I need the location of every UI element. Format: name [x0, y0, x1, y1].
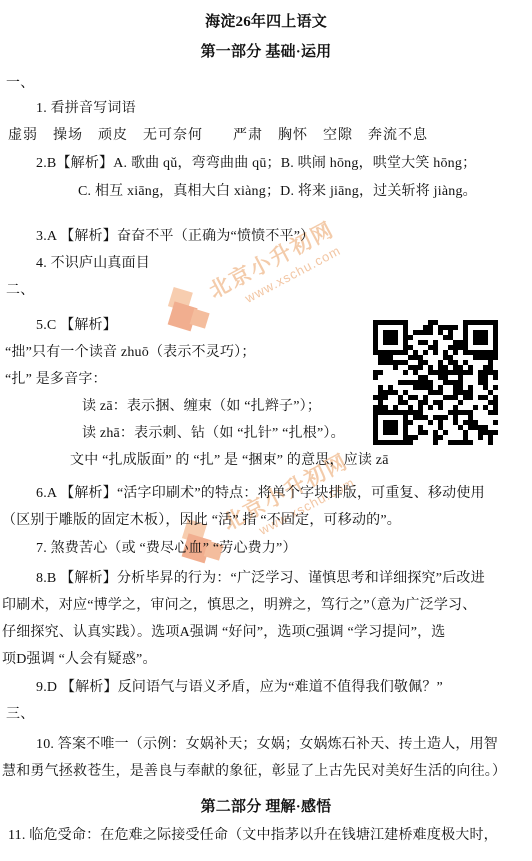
- answer-line-q5-note3: 读 zā：表示捆、缠束（如 “扎辫子”）；: [82, 397, 321, 416]
- answer-line-q6: 6.A 【解析】“活字印刷术”的特点：将单个字块排版，可重复、移动使用: [36, 484, 485, 503]
- word-list-line: 虚弱 操场 顽皮 无可奈何 严肃 胸怀 空隙 奔流不息: [8, 126, 428, 145]
- answer-line-q9: 9.D 【解析】反问语气与语义矛盾，应为“难道不值得我们敬佩？”: [36, 678, 443, 697]
- watermark-site-url: www.xschu.com: [218, 241, 347, 319]
- answer-line-q8-cont3: 项D强调 “人会有疑惑”。: [2, 650, 157, 669]
- qr-code: [373, 320, 498, 443]
- answer-line-q6-cont: （区别于雕版的固定木板），因此 “活” 指 “不固定，可移动的”。: [2, 511, 401, 530]
- answer-line-q5-note1: “拙”只有一个读音 zhuō（表示不灵巧）；: [5, 343, 256, 362]
- answer-line-q5: 5.C 【解析】: [36, 316, 117, 335]
- answer-sheet-page: 北京小升初网 www.xschu.com 北京小升初网 www.xschu.co…: [0, 0, 532, 861]
- section-marker-2: 二、: [6, 281, 34, 300]
- answer-line-q5-note2: “扎” 是多音字：: [5, 370, 107, 389]
- answer-line-q2-cont: C. 相互 xiāng，真相大白 xiàng；D. 将来 jiāng，过关斩将 …: [78, 182, 477, 201]
- answer-line-q4: 4. 不识庐山真面目: [36, 254, 150, 273]
- section-marker-1: 一、: [6, 74, 34, 93]
- answer-line-q8: 8.B 【解析】分析毕昇的行为：“广泛学习、谨慎思考和详细探究”后改进: [36, 569, 485, 588]
- answer-line-q3: 3.A 【解析】奋奋不平（正确为“愤愤不平”）: [36, 227, 314, 246]
- answer-line-q10-cont: 慧和勇气拯救苍生，是善良与奉献的象征，彰显了上古先民对美好生活的向往。）: [2, 762, 506, 781]
- answer-line-q1: 1. 看拼音写词语: [36, 99, 136, 118]
- answer-line-q7: 7. 煞费苦心（或 “费尽心血” “劳心费力”）: [36, 539, 297, 558]
- answer-line-q11: 11. 临危受命：在危难之际接受任命（文中指茅以升在钱塘江建桥难度极大时，: [8, 826, 498, 845]
- answer-line-q8-cont2: 仔细探究、认真实践）。选项A强调 “好问”，选项C强调 “学习提问”，选: [2, 623, 446, 642]
- answer-line-q5-note4: 读 zhā：表示刺、钻（如 “扎针” “扎根”）。: [82, 424, 345, 443]
- answer-line-q5-note5: 文中 “扎成版面” 的 “扎” 是 “捆束” 的意思，应读 zā: [70, 451, 389, 470]
- answer-line-q8-cont1: 印刷术，对应“博学之，审问之，慎思之，明辨之，笃行之”（意为广泛学习、: [2, 596, 476, 615]
- xschu-logo-icon: [155, 279, 219, 347]
- section-marker-3: 三、: [6, 705, 34, 724]
- part2-heading: 第二部分 理解·感悟: [0, 798, 532, 817]
- answer-line-q2: 2.B【解析】A. 歌曲 qǔ，弯弯曲曲 qū；B. 哄闹 hōng，哄堂大笑 …: [36, 154, 476, 173]
- answer-line-q10: 10. 答案不唯一（示例：女娲补天；女娲；女娲炼石补天、抟土造人，用智: [36, 735, 498, 754]
- doc-title: 海淀26年四上语文: [0, 13, 532, 32]
- part1-heading: 第一部分 基础·运用: [0, 43, 532, 62]
